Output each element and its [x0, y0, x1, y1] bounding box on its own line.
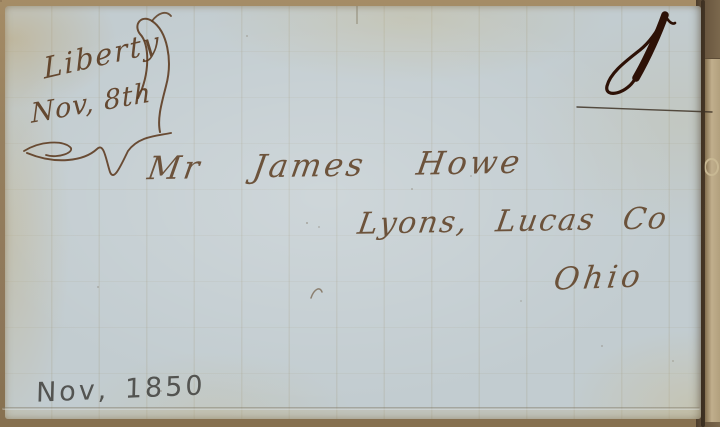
rate-numeral-5	[607, 15, 675, 93]
rate-underline	[577, 107, 712, 112]
postmark-date-text: Nov, 8th	[30, 77, 152, 129]
address-line-town-county: Lyons, Lucas Co	[355, 201, 671, 242]
photographed-letter-cover: Liberty Nov, 8th Mr James Howe Lyons, Lu…	[0, 0, 720, 427]
pencil-docket-note: Nov, 1850	[36, 370, 206, 408]
manuscript-ink-layer: Liberty Nov, 8th Mr James Howe Lyons, Lu…	[0, 0, 720, 427]
postmark-town-text: Liberty	[42, 24, 161, 85]
address-line-state: Ohio	[551, 258, 646, 297]
stray-ink-mark	[311, 289, 322, 298]
postmark-loop-tip	[152, 13, 171, 21]
postmark-left-curl	[24, 142, 71, 156]
address-line-recipient: Mr James Howe	[145, 143, 525, 188]
